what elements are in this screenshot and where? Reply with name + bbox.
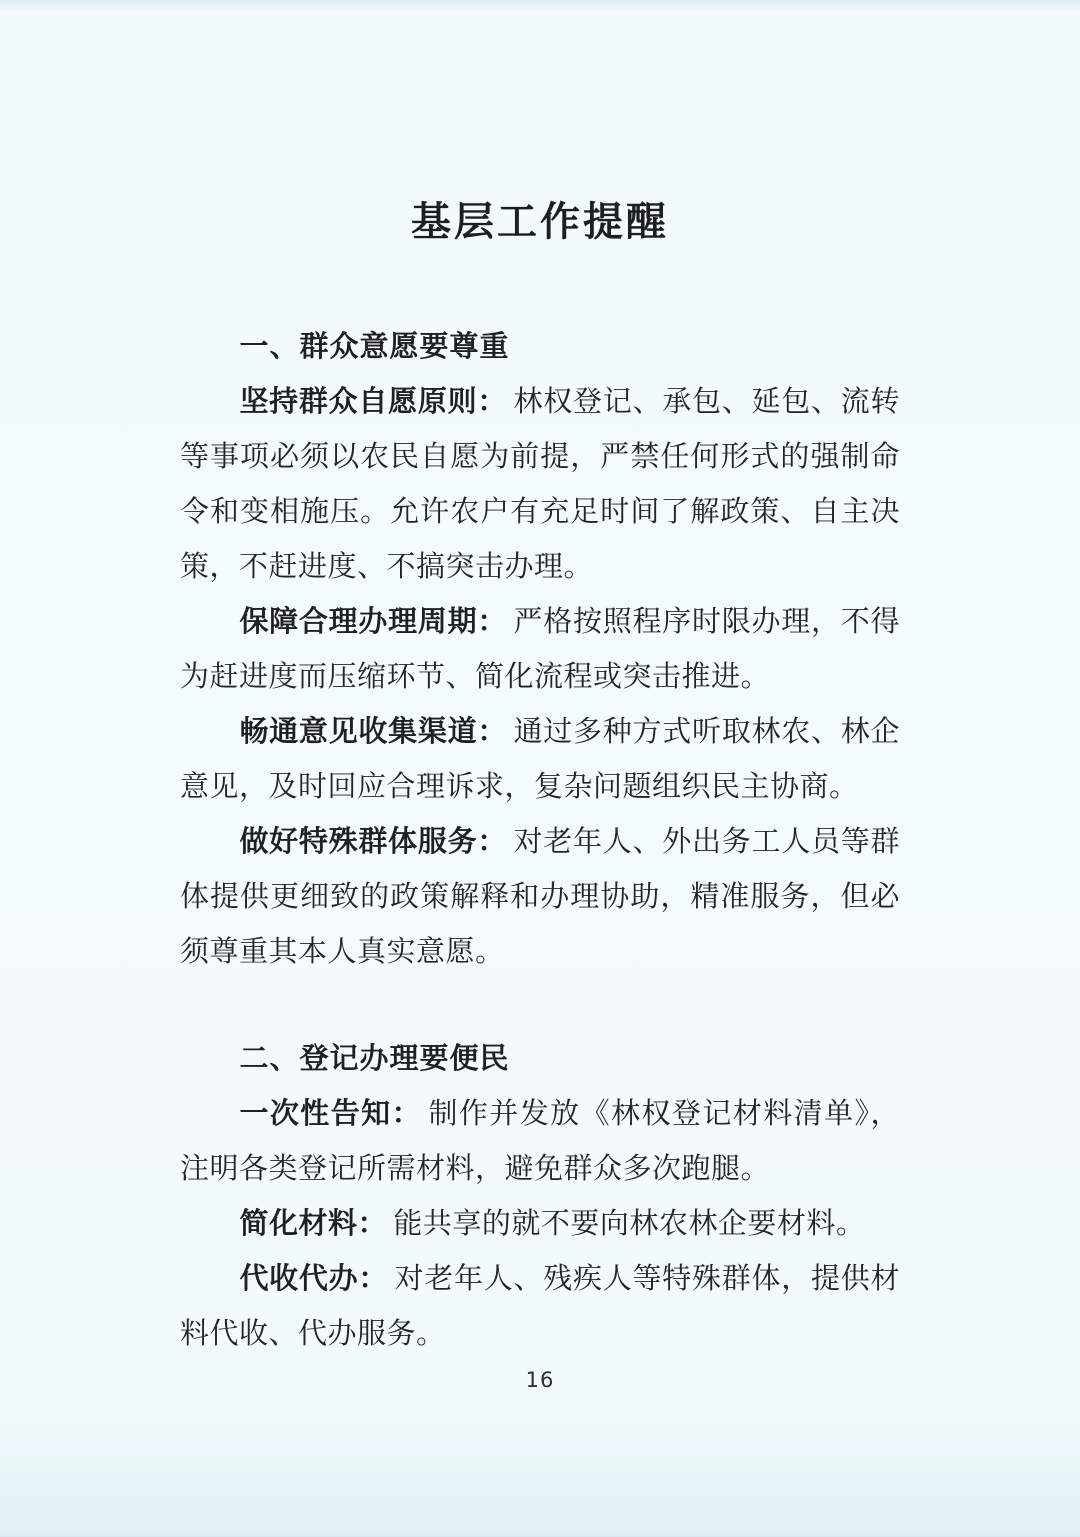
paragraph-lead: 做好特殊群体服务： [239, 826, 507, 858]
document-title: 基层工作提醒 [0, 0, 1080, 246]
paragraph: 畅通意见收集渠道：通过多种方式听取林农、林企意见，及时回应合理诉求，复杂问题组织… [180, 705, 900, 815]
section-heading: 一、群众意愿要尊重 [180, 320, 900, 375]
paragraph: 简化材料：能共享的就不要向林农林企要材料。 [180, 1197, 900, 1252]
section-paragraphs: 坚持群众自愿原则：林权登记、承包、延包、流转等事项必须以农民自愿为前提，严禁任何… [180, 375, 900, 980]
section-paragraphs: 一次性告知：制作并发放《林权登记材料清单》，注明各类登记所需材料，避免群众多次跑… [180, 1087, 900, 1362]
paragraph: 保障合理办理周期：严格按照程序时限办理，不得为赶进度而压缩环节、简化流程或突击推… [180, 595, 900, 705]
paragraph-lead: 坚持群众自愿原则： [239, 386, 507, 418]
paragraph: 代收代办：对老年人、残疾人等特殊群体，提供材料代收、代办服务。 [180, 1252, 900, 1362]
paragraph: 做好特殊群体服务：对老年人、外出务工人员等群体提供更细致的政策解释和办理协助，精… [180, 815, 900, 980]
paragraph-lead: 代收代办： [239, 1263, 388, 1295]
paragraph-lead: 一次性告知： [239, 1098, 422, 1130]
paragraph-lead: 畅通意见收集渠道： [239, 716, 507, 748]
paragraph-lead: 保障合理办理周期： [239, 606, 507, 638]
document-body: 一、群众意愿要尊重 坚持群众自愿原则：林权登记、承包、延包、流转等事项必须以农民… [0, 320, 1080, 1362]
document-page: 基层工作提醒 一、群众意愿要尊重 坚持群众自愿原则：林权登记、承包、延包、流转等… [0, 0, 1080, 1537]
paragraph-text: 能共享的就不要向林农林企要材料。 [393, 1208, 865, 1240]
paragraph: 一次性告知：制作并发放《林权登记材料清单》，注明各类登记所需材料，避免群众多次跑… [180, 1087, 900, 1197]
paragraph: 坚持群众自愿原则：林权登记、承包、延包、流转等事项必须以农民自愿为前提，严禁任何… [180, 375, 900, 595]
page-number: 16 [526, 1368, 555, 1392]
page-footer: 16 [0, 1368, 1080, 1392]
document-section: 二、登记办理要便民 一次性告知：制作并发放《林权登记材料清单》，注明各类登记所需… [180, 1032, 900, 1362]
document-section: 一、群众意愿要尊重 坚持群众自愿原则：林权登记、承包、延包、流转等事项必须以农民… [180, 320, 900, 980]
section-heading: 二、登记办理要便民 [180, 1032, 900, 1087]
paragraph-lead: 简化材料： [239, 1208, 387, 1240]
